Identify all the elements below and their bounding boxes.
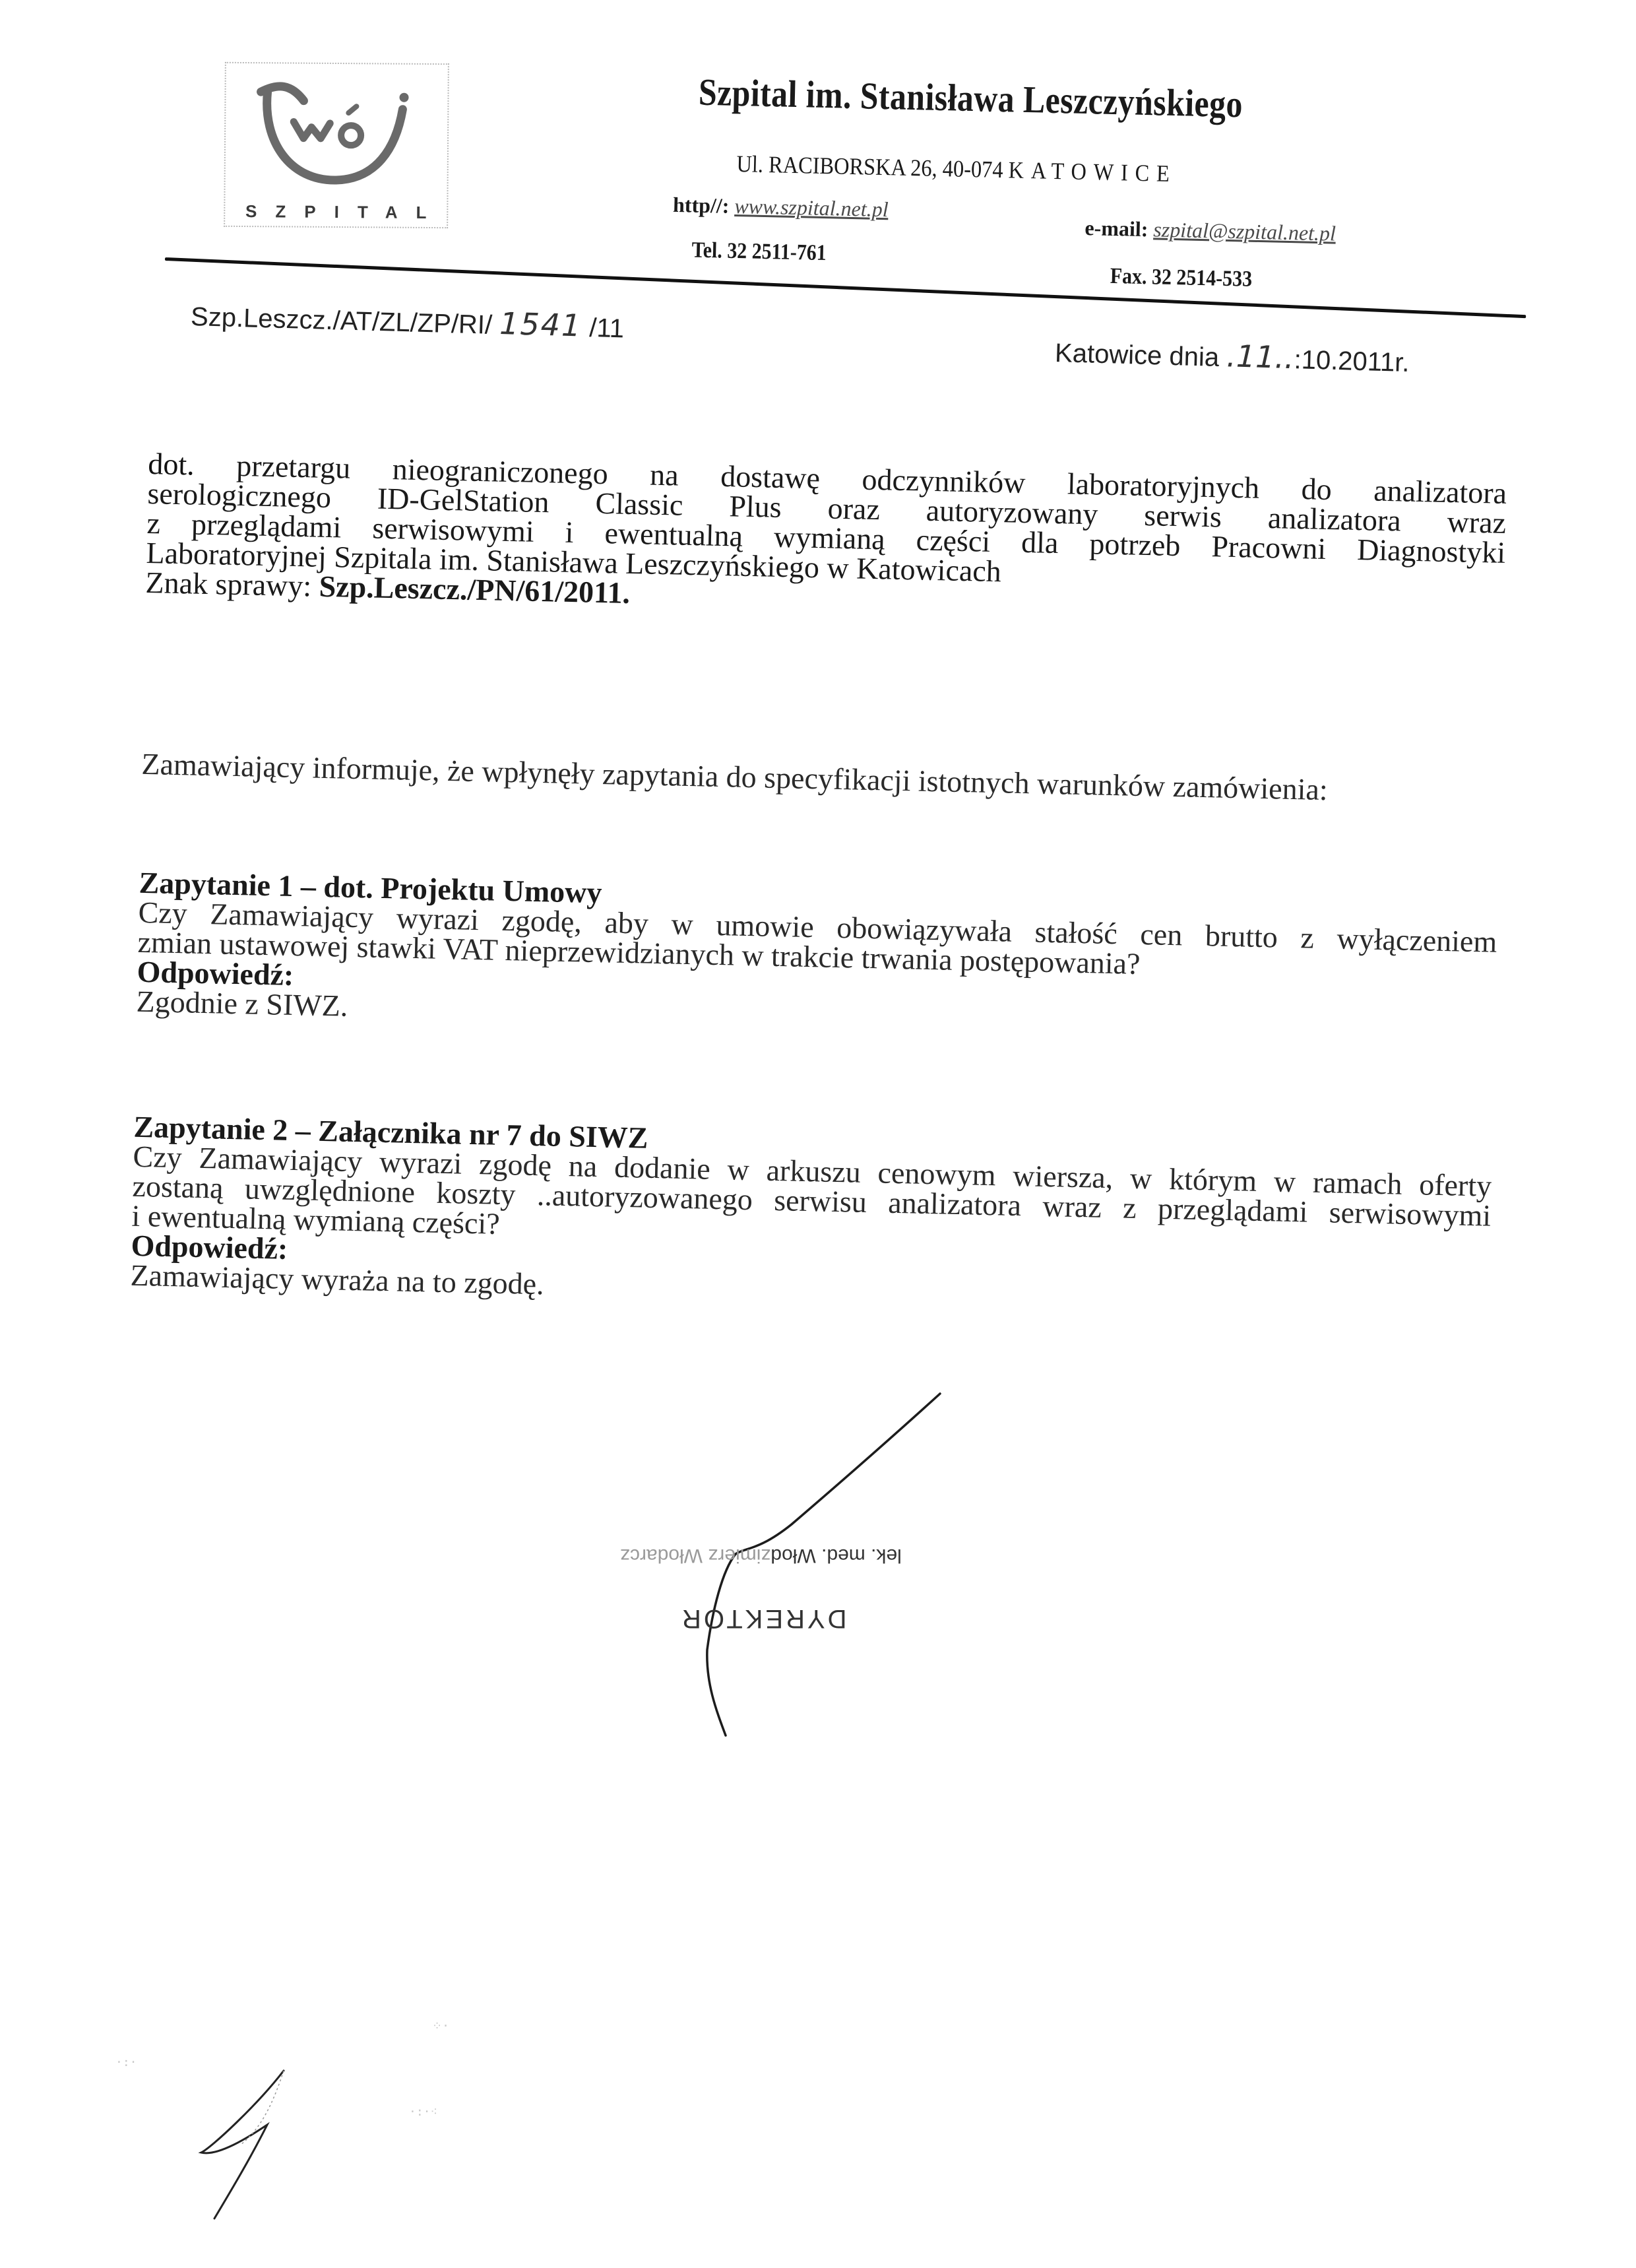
stamp-name: lek. med. Włodzimierz Włodarcz — [620, 1544, 902, 1567]
logo-word: SZPITAL — [224, 201, 448, 223]
web-label: http//: — [673, 193, 730, 218]
scan-noise: ⁘· — [432, 2019, 449, 2033]
letter-body: dot. przetargu nieograniczonego na dosta… — [148, 449, 1507, 478]
stamp-title: DYREKTOR — [679, 1604, 847, 1633]
reference-number: Szp.Leszcz./AT/ZL/ZP/RI/ 1541 /11 — [190, 297, 624, 344]
signature-area: lek. med. Włodzimierz Włodarcz DYREKTOR — [581, 1373, 963, 1742]
hospital-logo: SZPITAL — [224, 62, 449, 228]
initials-scribble-icon — [99, 1914, 528, 2244]
address-city: KATOWICE — [1008, 156, 1177, 187]
address-street: Ul. RACIBORSKA 26, 40-074 — [736, 150, 1003, 183]
scan-noise: ·:·⁖ — [409, 2105, 437, 2119]
scanned-letter-page: SZPITAL Szpital im. Stanisława Leszczyńs… — [0, 0, 1636, 2268]
handwritten-reference-number: 1541 — [499, 306, 583, 343]
question-2: Zapytanie 2 – Załącznika nr 7 do SIWZ Cz… — [130, 1112, 1492, 1320]
hospital-address: Ul. RACIBORSKA 26, 40-074 KATOWICE — [736, 150, 1177, 187]
website: http//: www.szpital.net.pl — [673, 193, 889, 222]
subject-block: dot. przetargu nieograniczonego na dosta… — [145, 449, 1507, 627]
email-label: e-mail: — [1085, 216, 1148, 241]
letter-date: Katowice dnia .11..:10.2011r. — [1054, 333, 1410, 379]
reference-suffix: /11 — [589, 313, 625, 343]
question-1: Zapytanie 1 – dot. Projektu Umowy Czy Za… — [136, 868, 1497, 1046]
date-suffix: :10.2011r. — [1294, 345, 1410, 377]
hospital-name: Szpital im. Stanisława Leszczyńskiego — [698, 70, 1243, 127]
email-link[interactable]: szpital@szpital.net.pl — [1153, 217, 1336, 245]
handwritten-day: .11.. — [1226, 338, 1295, 375]
fax-number: Fax. 32 2514-533 — [1110, 264, 1252, 292]
date-prefix: Katowice dnia — [1055, 339, 1220, 372]
handwritten-initials: ·:· ·:·⁖ ⁘· — [99, 1914, 528, 2244]
case-label: Znak sprawy: — [145, 566, 312, 602]
intro-paragraph: Zamawiający informuje, że wpłynęły zapyt… — [141, 749, 1500, 808]
email: e-mail: szpital@szpital.net.pl — [1085, 216, 1336, 246]
website-link[interactable]: www.szpital.net.pl — [734, 194, 889, 221]
case-number: Szp.Leszcz./PN/61/2011. — [319, 569, 630, 610]
reference-prefix: Szp.Leszcz./AT/ZL/ZP/RI/ — [191, 302, 493, 340]
twoj-smile-logo-icon — [237, 69, 435, 195]
scan-noise: ·:· — [115, 2056, 137, 2069]
letterhead: Szpital im. Stanisława Leszczyńskiego Ul… — [679, 63, 1471, 81]
phone-number: Tel. 32 2511-761 — [691, 238, 827, 266]
